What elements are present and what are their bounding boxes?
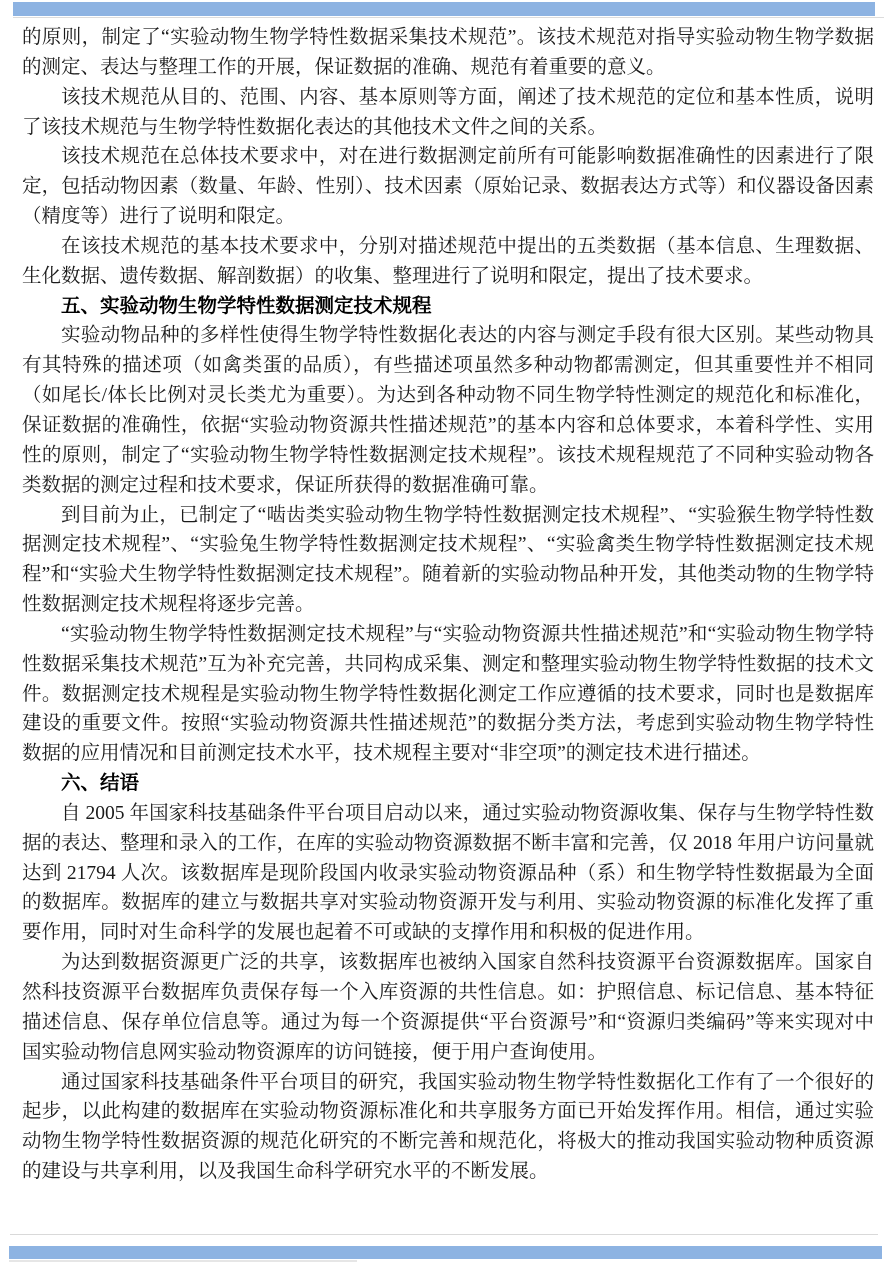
paragraph: 到目前为止，已制定了“啮齿类实验动物生物学特性数据测定技术规程”、“实验猴生物学… <box>22 501 874 620</box>
document-body: 的原则，制定了“实验动物生物学特性数据采集技术规范”。该技术规范对指导实验动物生… <box>22 23 874 1187</box>
paragraph: “实验动物生物学特性数据测定技术规程”与“实验动物资源共性描述规范”和“实验动物… <box>22 620 874 769</box>
footer-subrule <box>9 1260 357 1262</box>
section-heading-5: 五、实验动物生物学特性数据测定技术规程 <box>22 292 874 322</box>
paragraph: 实验动物品种的多样性使得生物学特性数据化表达的内容与测定手段有很大区别。某些动物… <box>22 321 874 500</box>
document-page: 的原则，制定了“实验动物生物学特性数据采集技术规范”。该技术规范对指导实验动物生… <box>0 0 890 1271</box>
paragraph: 为达到数据资源更广泛的共享，该数据库也被纳入国家自然科技资源平台资源数据库。国家… <box>22 948 874 1067</box>
paragraph: 在该技术规范的基本技术要求中，分别对描述规范中提出的五类数据（基本信息、生理数据… <box>22 232 874 292</box>
paragraph: 通过国家科技基础条件平台项目的研究，我国实验动物生物学特性数据化工作有了一个很好… <box>22 1068 874 1187</box>
paragraph: 该技术规范在总体技术要求中，对在进行数据测定前所有可能影响数据准确性的因素进行了… <box>22 142 874 232</box>
section-heading-6: 六、结语 <box>22 769 874 799</box>
footer-rule <box>10 1234 878 1235</box>
paragraph: 该技术规范从目的、范围、内容、基本原则等方面，阐述了技术规范的定位和基本性质，说… <box>22 83 874 143</box>
paragraph-continuation: 的原则，制定了“实验动物生物学特性数据采集技术规范”。该技术规范对指导实验动物生… <box>22 23 874 83</box>
paragraph: 自 2005 年国家科技基础条件平台项目启动以来，通过实验动物资源收集、保存与生… <box>22 799 874 948</box>
header-rule <box>13 17 884 18</box>
header-accent-bar <box>13 2 875 16</box>
footer-accent-bar <box>9 1246 882 1259</box>
